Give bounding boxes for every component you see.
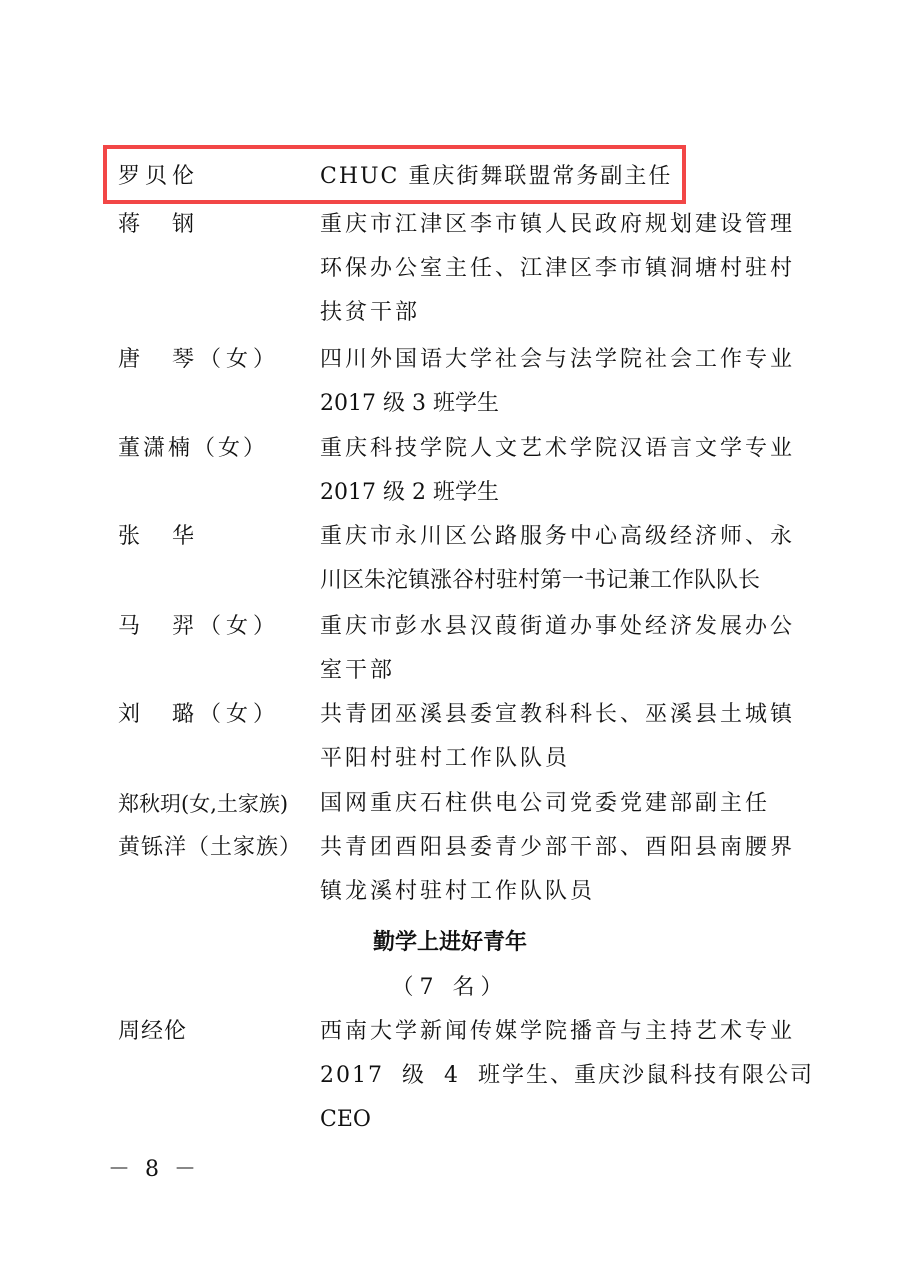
entry-description: 重庆市彭水县汉葭街道办事处经济发展办公 室干部 bbox=[320, 605, 790, 693]
entry-description: 国网重庆石柱供电公司党委党建部副主任 bbox=[320, 782, 790, 826]
desc-line: 共青团巫溪县委宣教科科长、巫溪县土城镇 bbox=[320, 693, 790, 737]
desc-line: 2017 级 4 班学生、重庆沙鼠科技有限公司 bbox=[320, 1054, 790, 1098]
desc-line: 重庆市江津区李市镇人民政府规划建设管理 bbox=[320, 203, 790, 247]
entry-description: 重庆科技学院人文艺术学院汉语言文学专业 2017 级 2 班学生 bbox=[320, 427, 790, 515]
desc-line: 西南大学新闻传媒学院播音与主持艺术专业 bbox=[320, 1010, 790, 1054]
desc-line: CHUC 重庆街舞联盟常务副主任 bbox=[320, 155, 790, 199]
desc-line: 扶贫干部 bbox=[320, 291, 790, 335]
desc-line: 重庆科技学院人文艺术学院汉语言文学专业 bbox=[320, 427, 790, 471]
entry-name: 张 华 bbox=[118, 515, 199, 559]
entry-description: 共青团酉阳县委青少部干部、酉阳县南腰界 镇龙溪村驻村工作队队员 bbox=[320, 826, 790, 914]
entry-name: 罗贝伦 bbox=[118, 155, 199, 199]
entry-name: 唐 琴（女） bbox=[118, 338, 280, 382]
entry-name: 周经伦 bbox=[118, 1010, 187, 1054]
section-count: （7 名） bbox=[0, 970, 900, 1006]
entry-name: 刘 璐（女） bbox=[118, 693, 280, 737]
desc-line: 室干部 bbox=[320, 649, 790, 693]
entry-name: 黄铄洋（土家族） bbox=[118, 826, 302, 870]
desc-line: 川区朱沱镇涨谷村驻村第一书记兼工作队队长 bbox=[320, 559, 790, 603]
desc-line: 四川外国语大学社会与法学院社会工作专业 bbox=[320, 338, 790, 382]
desc-line: 2017 级 3 班学生 bbox=[320, 382, 790, 426]
desc-line: 共青团酉阳县委青少部干部、酉阳县南腰界 bbox=[320, 826, 790, 870]
entry-name: 郑秋玥(女,土家族) bbox=[118, 782, 288, 826]
page-number: － 8 － bbox=[108, 1155, 200, 1185]
desc-line: 2017 级 2 班学生 bbox=[320, 471, 790, 515]
section-title: 勤学上进好青年 bbox=[0, 925, 900, 961]
desc-line: 国网重庆石柱供电公司党委党建部副主任 bbox=[320, 782, 790, 826]
entry-description: 重庆市永川区公路服务中心高级经济师、永 川区朱沱镇涨谷村驻村第一书记兼工作队队长 bbox=[320, 515, 790, 603]
desc-line: 重庆市永川区公路服务中心高级经济师、永 bbox=[320, 515, 790, 559]
desc-line: CEO bbox=[320, 1098, 790, 1142]
entry-name: 蒋 钢 bbox=[118, 203, 199, 247]
entry-name: 董潇楠（女） bbox=[118, 427, 268, 471]
entry-name: 马 羿（女） bbox=[118, 605, 280, 649]
entry-description: 四川外国语大学社会与法学院社会工作专业 2017 级 3 班学生 bbox=[320, 338, 790, 426]
desc-line: 环保办公室主任、江津区李市镇洞塘村驻村 bbox=[320, 247, 790, 291]
desc-line: 平阳村驻村工作队队员 bbox=[320, 737, 790, 781]
desc-line: 镇龙溪村驻村工作队队员 bbox=[320, 870, 790, 914]
entry-description: CHUC 重庆街舞联盟常务副主任 bbox=[320, 155, 790, 199]
entry-description: 重庆市江津区李市镇人民政府规划建设管理 环保办公室主任、江津区李市镇洞塘村驻村 … bbox=[320, 203, 790, 335]
entry-description: 西南大学新闻传媒学院播音与主持艺术专业 2017 级 4 班学生、重庆沙鼠科技有… bbox=[320, 1010, 790, 1142]
desc-line: 重庆市彭水县汉葭街道办事处经济发展办公 bbox=[320, 605, 790, 649]
entry-description: 共青团巫溪县委宣教科科长、巫溪县土城镇 平阳村驻村工作队队员 bbox=[320, 693, 790, 781]
